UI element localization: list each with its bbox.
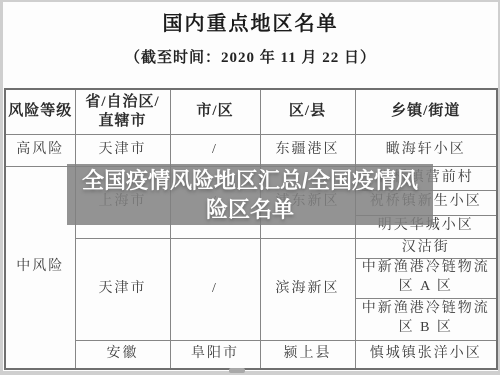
table-row: 安徽 阜阳市 颍上县 慎城镇张洋小区 [5, 340, 497, 369]
page-title: 国内重点地区名单 [3, 7, 498, 36]
province-cell: 天津市 [75, 134, 170, 166]
province-cell: 安徽 [75, 340, 170, 369]
township-cell: 慎城镇张洋小区 [355, 340, 497, 369]
city-cell: / [170, 134, 260, 166]
col-header-township: 乡镇/街道 [355, 89, 497, 134]
risk-area-table: 风险等级 省/自治区/ 直辖市 市/区 区/县 乡镇/街道 高风险 天津市 / … [4, 88, 498, 370]
township-cell: 中新渔港冷链物流 区 B 区 [355, 298, 497, 340]
scan-artifact-mark [229, 368, 245, 373]
watermark-overlay: 全国疫情风险地区汇总/全国疫情风 险区名单 [67, 164, 433, 225]
page-subtitle: （截至时间：2020 年 11 月 22 日） [3, 46, 498, 67]
col-header-province: 省/自治区/ 直辖市 [75, 89, 170, 134]
risk-level-high-cell: 高风险 [5, 134, 75, 166]
township-cell: 瞰海轩小区 [355, 134, 497, 166]
province-cell: 天津市 [75, 238, 170, 340]
document-page: 国内重点地区名单 （截至时间：2020 年 11 月 22 日） 风险等级 省/… [3, 2, 498, 371]
city-cell: / [170, 238, 260, 340]
district-cell: 东疆港区 [260, 134, 355, 166]
table-header-row: 风险等级 省/自治区/ 直辖市 市/区 区/县 乡镇/街道 [5, 89, 497, 134]
district-cell: 滨海新区 [260, 238, 355, 340]
table-row: 高风险 天津市 / 东疆港区 瞰海轩小区 [5, 134, 497, 166]
col-header-risk-level: 风险等级 [5, 89, 75, 134]
watermark-text: 全国疫情风险地区汇总/全国疫情风 险区名单 [82, 166, 418, 224]
table-row: 天津市 / 滨海新区 汉沽街 [5, 238, 497, 258]
district-cell: 颍上县 [260, 340, 355, 369]
col-header-district: 区/县 [260, 89, 355, 134]
risk-level-medium-cell: 中风险 [5, 166, 75, 369]
township-cell: 中新渔港冷链物流 区 A 区 [355, 258, 497, 298]
col-header-city: 市/区 [170, 89, 260, 134]
city-cell: 阜阳市 [170, 340, 260, 369]
township-cell: 汉沽街 [355, 238, 497, 258]
